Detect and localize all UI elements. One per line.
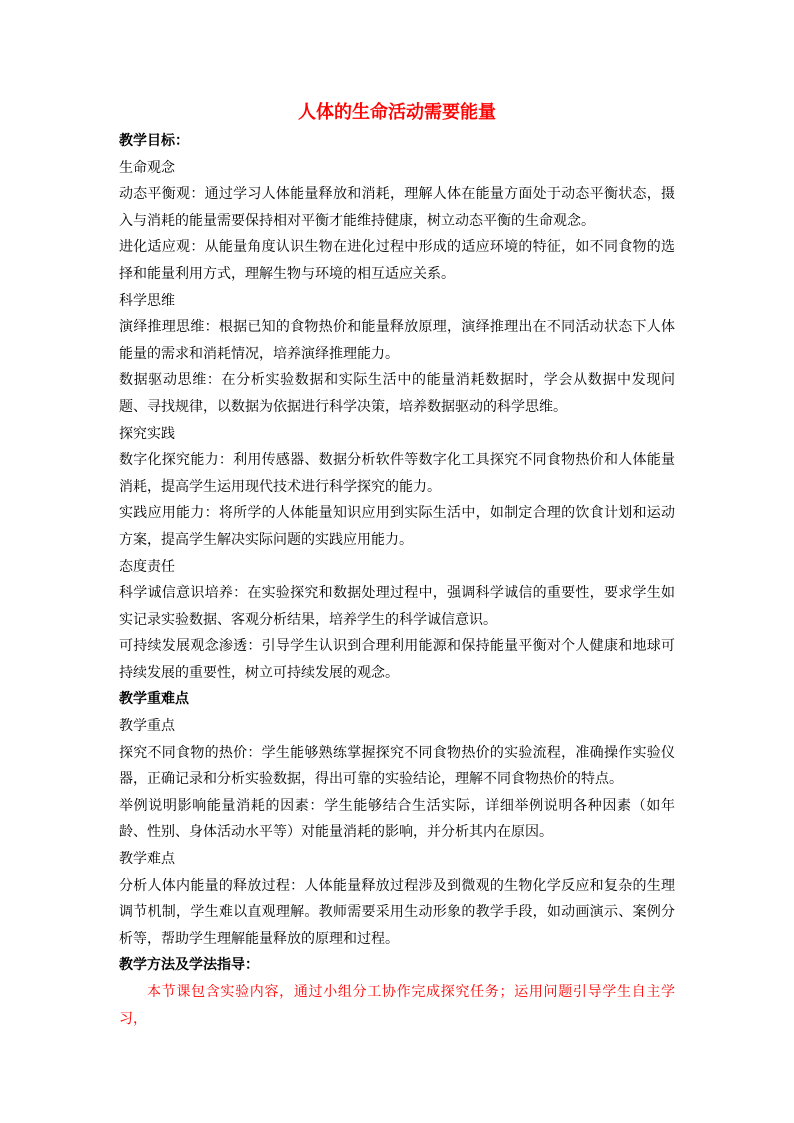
paragraph: 科学诚信意识培养：在实验探究和数据处理过程中，强调科学诚信的重要性，要求学生如实…	[119, 580, 675, 633]
subheading-inquiry-practice: 探究实践	[119, 421, 675, 448]
section-heading-key-difficult: 教学重难点	[119, 686, 675, 713]
paragraph-highlighted: 本节课包含实验内容，通过小组分工协作完成探究任务；运用问题引导学生自主学习，	[119, 979, 675, 1032]
paragraph: 实践应用能力：将所学的人体能量知识应用到实际生活中，如制定合理的饮食计划和运动方…	[119, 500, 675, 553]
paragraph: 举例说明影响能量消耗的因素：学生能够结合生活实际，详细举例说明各种因素（如年龄、…	[119, 793, 675, 846]
paragraph: 可持续发展观念渗透：引导学生认识到合理利用能源和保持能量平衡对个人健康和地球可持…	[119, 633, 675, 686]
paragraph: 动态平衡观：通过学习人体能量释放和消耗，理解人体在能量方面处于动态平衡状态，摄入…	[119, 181, 675, 234]
section-heading-objectives: 教学目标：	[119, 128, 675, 155]
subheading-attitude-responsibility: 态度责任	[119, 554, 675, 581]
section-heading-methods: 教学方法及学法指导：	[119, 952, 675, 979]
paragraph: 分析人体内能量的释放过程：人体能量释放过程涉及到微观的生物化学反应和复杂的生理调…	[119, 873, 675, 953]
subheading-scientific-thinking: 科学思维	[119, 288, 675, 315]
document-title: 人体的生命活动需要能量	[119, 98, 675, 128]
document-page: 人体的生命活动需要能量 教学目标： 生命观念 动态平衡观：通过学习人体能量释放和…	[119, 98, 675, 1032]
paragraph: 演绎推理思维：根据已知的食物热价和能量释放原理，演绎推理出在不同活动状态下人体能…	[119, 314, 675, 367]
subheading-key-points: 教学重点	[119, 713, 675, 740]
subheading-life-concept: 生命观念	[119, 155, 675, 182]
subheading-difficult-points: 教学难点	[119, 846, 675, 873]
paragraph: 数字化探究能力：利用传感器、数据分析软件等数字化工具探究不同食物热价和人体能量消…	[119, 447, 675, 500]
paragraph: 探究不同食物的热价：学生能够熟练掌握探究不同食物热价的实验流程，准确操作实验仪器…	[119, 740, 675, 793]
paragraph: 进化适应观：从能量角度认识生物在进化过程中形成的适应环境的特征，如不同食物的选择…	[119, 234, 675, 287]
paragraph: 数据驱动思维：在分析实验数据和实际生活中的能量消耗数据时，学会从数据中发现问题、…	[119, 367, 675, 420]
